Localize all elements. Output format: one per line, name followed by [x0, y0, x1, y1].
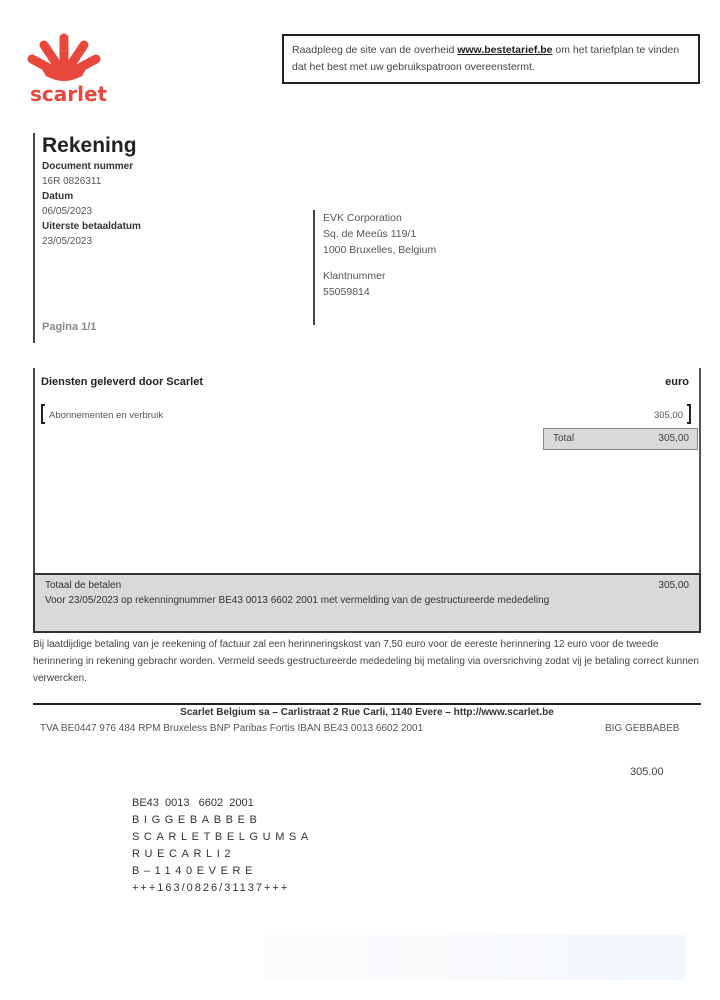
- bestetarief-link[interactable]: www.bestetarief.be: [457, 44, 552, 56]
- slip-reference: +++163/0826/31137+++: [132, 880, 313, 897]
- slip-bic: BIGGEBABBEB: [132, 812, 313, 829]
- services-total: Total 305,00: [543, 428, 698, 450]
- service-amount: 305,00: [654, 410, 683, 421]
- document-number-label: Document nummer: [42, 159, 283, 174]
- customer-address: EVK Corporation Sq. de Meeûs 119/1 1000 …: [313, 210, 553, 325]
- due-date-label: Uiterste betaaldatum: [42, 219, 283, 234]
- invoice-date: 06/05/2023: [42, 204, 283, 219]
- customer-name: EVK Corporation: [323, 210, 553, 226]
- payment-label: Totaal de betalen: [45, 578, 689, 593]
- bracket-left: [41, 404, 45, 424]
- customer-number-label: Klantnummer: [323, 268, 553, 284]
- brand-name: scarlet: [30, 82, 107, 106]
- date-label: Datum: [42, 189, 283, 204]
- slip-city: B–1140EVERE: [132, 863, 313, 880]
- payment-summary: Totaal de betalen 305,00 Voor 23/05/2023…: [33, 573, 701, 633]
- services-section: Diensten geleverd door Scarlet euro Abon…: [33, 368, 701, 633]
- page-indicator: Pagina 1/1: [42, 321, 96, 333]
- company-legal-info: TVA BE0447 976 484 RPM Bruxeless BNP Par…: [40, 723, 423, 734]
- slip-beneficiary: SCARLETBELGUMSA: [132, 829, 313, 846]
- notice-prefix: Raadpleeg de site van de overheid: [292, 44, 457, 56]
- total-label: Total: [553, 433, 574, 444]
- company-address: Scarlet Belgium sa – Carlistraat 2 Rue C…: [33, 707, 701, 718]
- slip-iban: BE43 0013 6602 2001: [132, 795, 313, 812]
- payment-instruction: Voor 23/05/2023 op rekenningnummer BE43 …: [45, 593, 689, 608]
- invoice-header: Rekening Document nummer 16R 0826311 Dat…: [33, 133, 283, 343]
- scarlet-logo: scarlet: [26, 32, 102, 110]
- customer-street: Sq. de Meeûs 119/1: [323, 226, 553, 242]
- faint-scan-artifact: [265, 935, 685, 980]
- slip-street: RUECARLI2: [132, 846, 313, 863]
- currency-label: euro: [665, 376, 689, 388]
- slip-amount: 305.00: [630, 766, 664, 778]
- services-heading: Diensten geleverd door Scarlet: [41, 376, 203, 388]
- customer-city: 1000 Bruxelles, Belgium: [323, 242, 553, 258]
- service-line-item: Abonnementen en verbruik 305,00: [41, 404, 691, 426]
- due-date: 23/05/2023: [42, 234, 283, 249]
- total-value: 305,00: [658, 433, 689, 444]
- invoice-title: Rekening: [42, 133, 283, 159]
- document-number: 16R 0826311: [42, 174, 283, 189]
- company-bic: BIG GEBBABEB: [605, 723, 679, 734]
- bracket-right: [687, 404, 691, 424]
- customer-number: 55059814: [323, 284, 553, 300]
- late-payment-notice: Bij laatdijdige betaling van je reekenin…: [33, 636, 703, 687]
- service-label: Abonnementen en verbruik: [49, 410, 163, 421]
- payment-slip: BE43 0013 6602 2001 BIGGEBABBEB SCARLETB…: [132, 795, 313, 897]
- footer-divider: [33, 703, 701, 705]
- scarlet-hand-icon: [26, 32, 102, 82]
- payment-amount: 305,00: [658, 578, 689, 593]
- tariff-notice: Raadpleeg de site van de overheid www.be…: [282, 34, 700, 84]
